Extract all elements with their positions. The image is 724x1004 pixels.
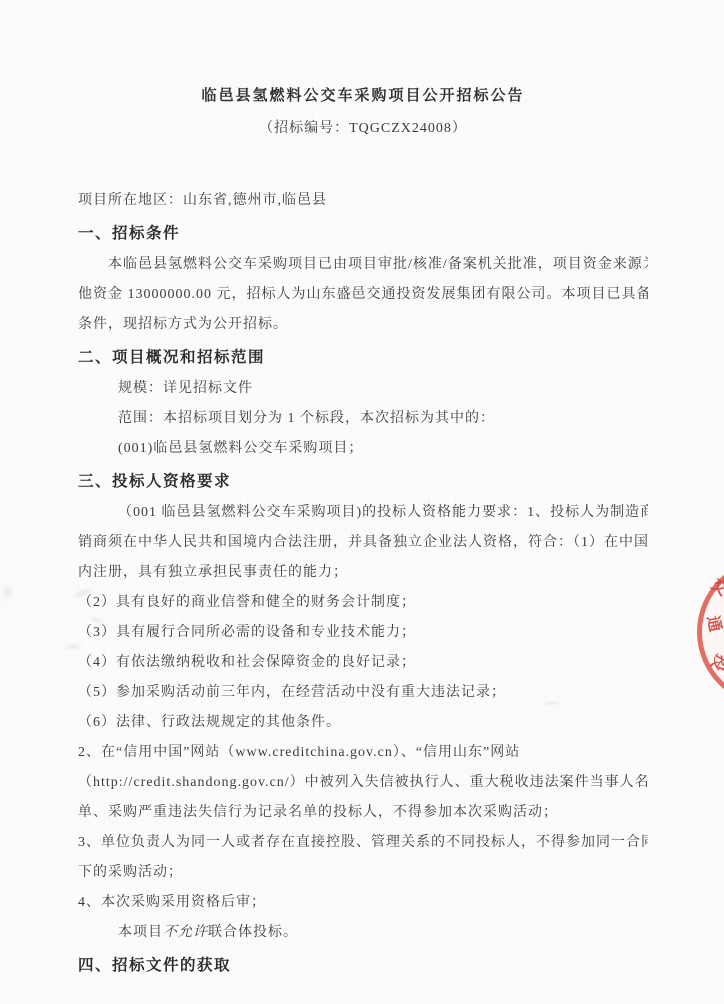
credit-shandong-url-line: （http://credit.shandong.gov.cn/）中被列入失信被执…	[78, 768, 648, 798]
post-qualification-line: 4、本次采购采用资格后审；	[78, 888, 648, 918]
paragraph-line: 销商须在中华人民共和国境内合法注册，并具备独立企业法人资格，符合：（1）在中国境	[78, 528, 648, 558]
credit-china-line: 2、在“信用中国”网站（www.creditchina.gov.cn）、“信用山…	[78, 738, 648, 768]
paragraph-line: 他资金 13000000.00 元，招标人为山东盛邑交通投资发展集团有限公司。本…	[78, 280, 648, 310]
seal-character: 交	[708, 577, 724, 599]
paragraph-line: 下的采购活动；	[78, 858, 648, 888]
paragraph-line: （001 临邑县氢燃料公交车采购项目)的投标人资格能力要求：1、投标人为制造商或…	[78, 498, 648, 528]
scan-smudge	[0, 582, 14, 604]
scope-line: 范围：本招标项目划分为 1 个标段，本次招标为其中的：	[78, 404, 648, 434]
section-heading-1: 一、招标条件	[78, 218, 648, 250]
paragraph-line: 内注册，具有独立承担民事责任的能力；	[78, 558, 648, 588]
paragraph-line: 条件，现招标方式为公开招标。	[78, 310, 648, 340]
project-location-line: 项目所在地区：山东省,德州市,临邑县	[78, 186, 648, 216]
scanned-document-page: 临邑县氢燃料公交车采购项目公开招标公告 （招标编号：TQGCZX24008） 项…	[0, 0, 724, 1004]
paragraph-line: 单、采购严重违法失信行为记录名单的投标人，不得参加本次采购活动；	[78, 798, 648, 828]
joint-bid-prefix: 本项目	[118, 925, 163, 940]
official-seal-stamp: 交 通 投	[697, 558, 724, 706]
section-heading-2: 二、项目概况和招标范围	[78, 342, 648, 374]
section-heading-3: 三、投标人资格要求	[78, 466, 648, 498]
paragraph-line: 3、单位负责人为同一人或者存在直接控股、管理关系的不同投标人，不得参加同一合同项	[78, 828, 648, 858]
seal-character: 通	[704, 615, 723, 634]
document-content: 项目所在地区：山东省,德州市,临邑县 一、招标条件 本临邑县氢燃料公交车采购项目…	[78, 186, 648, 982]
requirement-item-5: （5）参加采购活动前三年内，在经营活动中没有重大违法记录；	[78, 678, 648, 708]
joint-bid-line: 本项目不允许联合体投标。	[78, 918, 648, 948]
section-heading-4: 四、招标文件的获取	[78, 950, 648, 982]
joint-bid-not-allowed: 不允许	[163, 925, 208, 940]
requirement-item-4: （4）有依法缴纳税收和社会保障资金的良好记录；	[78, 648, 648, 678]
requirement-item-3: （3）具有履行合同所必需的设备和专业技术能力；	[78, 618, 648, 648]
tender-number: （招标编号：TQGCZX24008）	[78, 117, 648, 141]
lot-line: (001)临邑县氢燃料公交车采购项目；	[78, 434, 648, 464]
requirement-item-6: （6）法律、行政法规规定的其他条件。	[78, 708, 648, 738]
document-title: 临邑县氢燃料公交车采购项目公开招标公告	[78, 84, 648, 108]
paragraph-line: 本临邑县氢燃料公交车采购项目已由项目审批/核准/备案机关批准，项目资金来源为其	[78, 250, 648, 280]
scale-line: 规模：详见招标文件	[78, 374, 648, 404]
seal-character: 投	[707, 651, 724, 673]
document-body: 临邑县氢燃料公交车采购项目公开招标公告 （招标编号：TQGCZX24008） 项…	[78, 0, 648, 982]
joint-bid-suffix: 联合体投标。	[208, 925, 298, 940]
requirement-item-2: （2）具有良好的商业信誉和健全的财务会计制度；	[78, 588, 648, 618]
